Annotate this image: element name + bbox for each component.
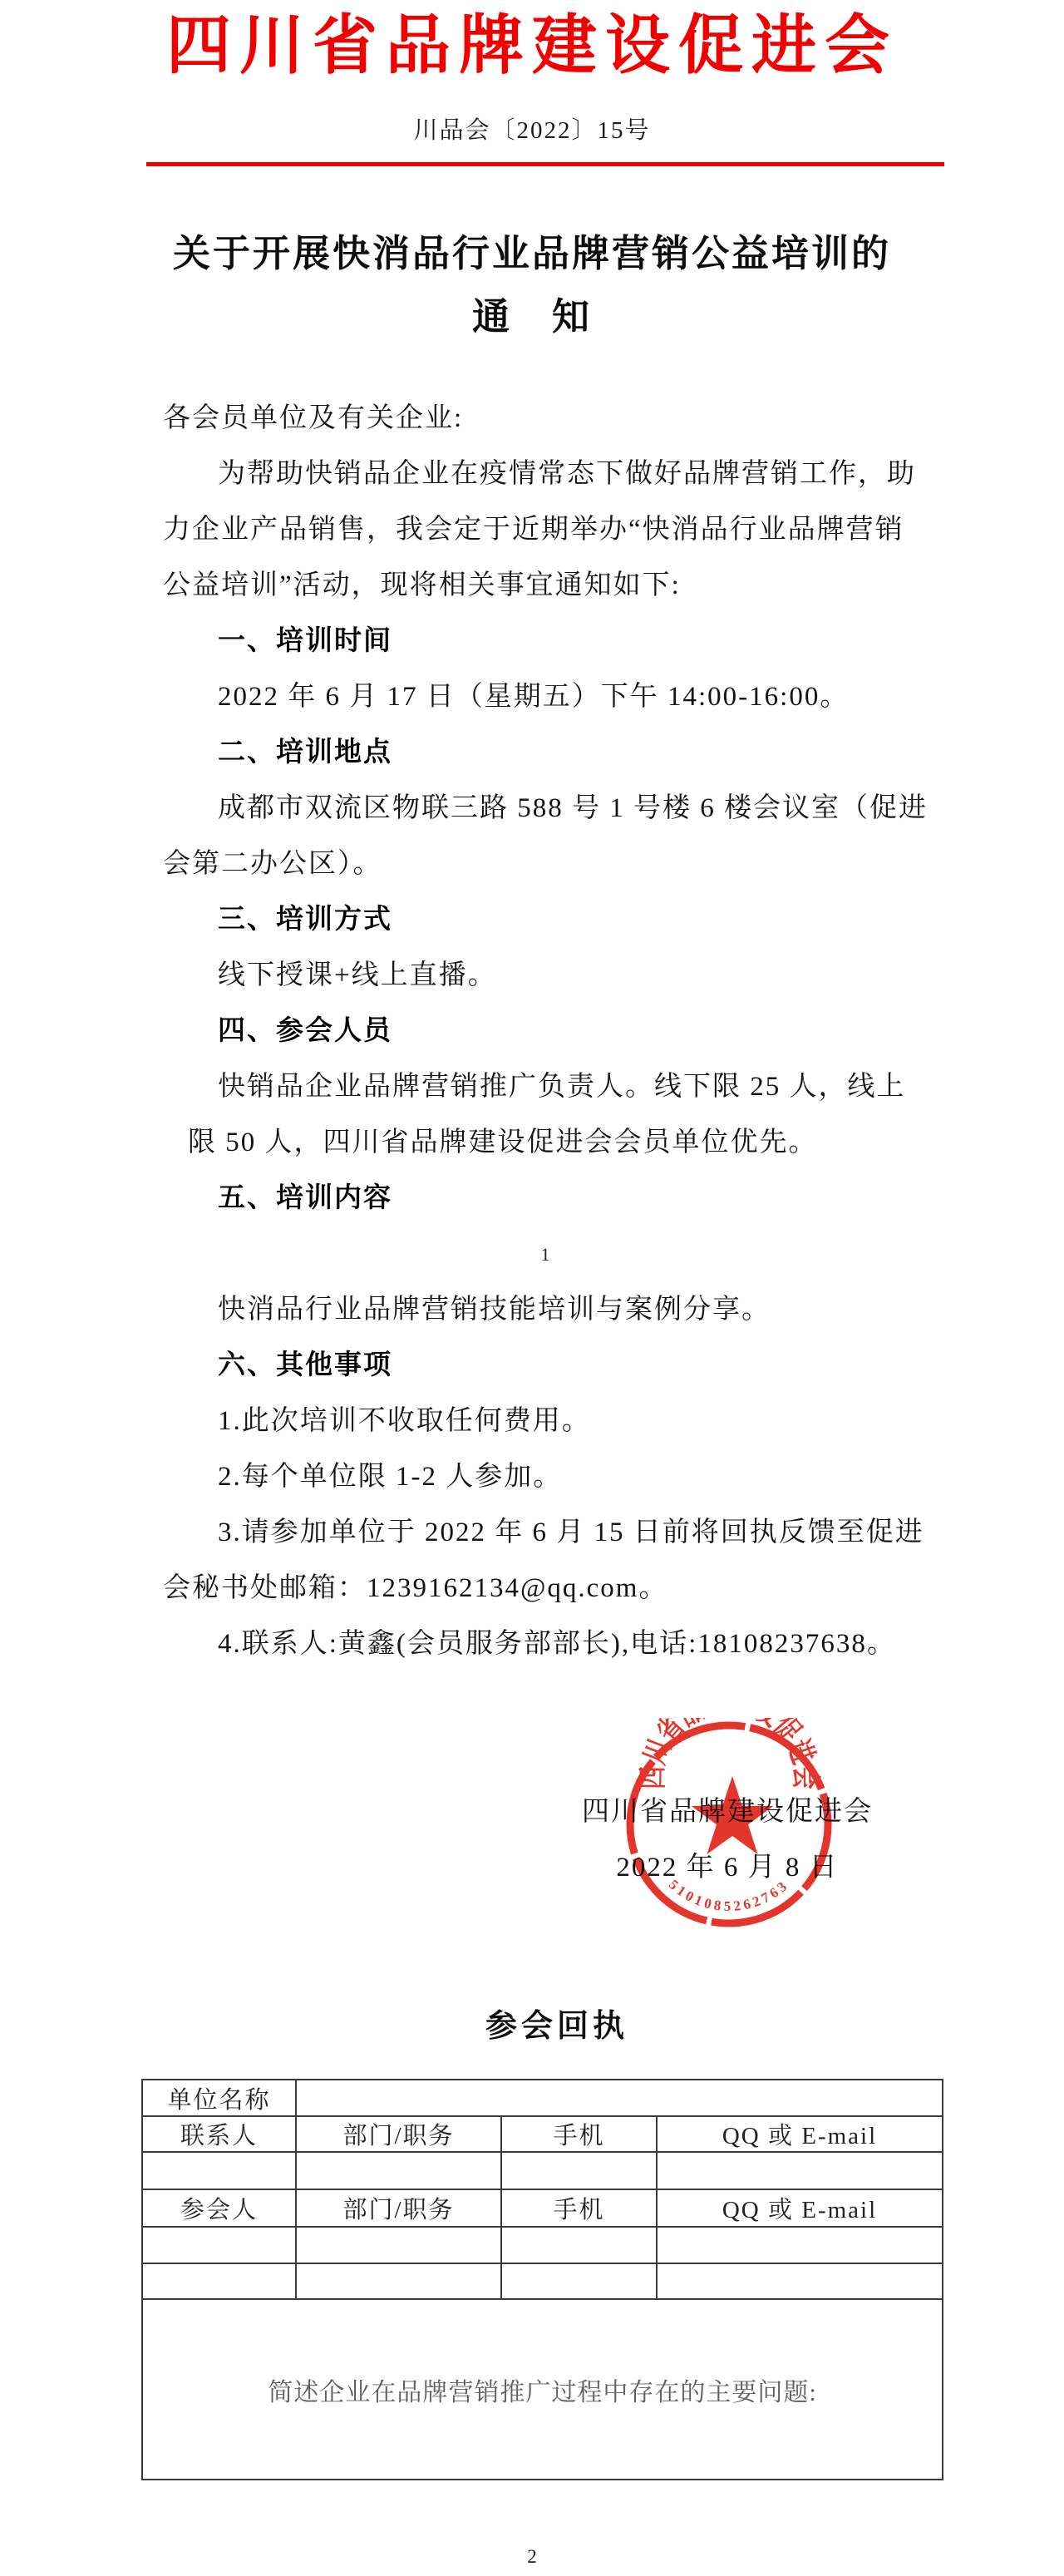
unit-name-blank-cell xyxy=(296,2080,943,2116)
page-number-1: 1 xyxy=(163,1226,928,1282)
salutation-line: 各会员单位及有关企业: xyxy=(163,391,928,447)
blank-cell xyxy=(501,2227,657,2263)
training-content-line: 快消品行业品牌营销技能培训与案例分享。 xyxy=(163,1282,928,1338)
blank-cell xyxy=(657,2152,943,2189)
attendee-qq-email-label: QQ 或 E-mail xyxy=(657,2189,943,2227)
notice-title-line1: 关于开展快消品行业品牌营销公益培训的 xyxy=(0,222,1064,285)
document-page: 四川省品牌建设促进会 川品会〔2022〕15号 关于开展快消品行业品牌营销公益培… xyxy=(0,0,1064,2576)
receipt-title: 参会回执 xyxy=(158,1999,956,2054)
training-place-line-1: 成都市双流区物联三路 588 号 1 号楼 6 楼会议室（促进 xyxy=(163,781,928,836)
seal-serial-number: 5101085262763 xyxy=(666,1877,792,1914)
other-item-1: 1.此次培训不收取任何费用。 xyxy=(163,1394,928,1449)
notice-body: 各会员单位及有关企业: 为帮助快销品企业在疫情常态下做好品牌营销工作，助 力企业… xyxy=(163,391,928,1672)
official-seal-stamp: 四川省品牌建设促进会 5101085262763 xyxy=(623,1718,835,1931)
blank-cell xyxy=(501,2152,657,2189)
contact-label: 联系人 xyxy=(142,2116,296,2152)
blank-cell xyxy=(142,2227,296,2263)
blank-cell xyxy=(296,2263,501,2299)
section-heading-participants: 四、参会人员 xyxy=(163,1004,928,1059)
table-row-contact-blank xyxy=(142,2152,943,2189)
section-heading-other: 六、其他事项 xyxy=(163,1338,928,1394)
notice-title-line2: 通 知 xyxy=(0,285,1064,348)
question-label: 简述企业在品牌营销推广过程中存在的主要问题: xyxy=(142,2299,943,2480)
blank-cell xyxy=(142,2263,296,2299)
attendee-label: 参会人 xyxy=(142,2189,296,2227)
blank-cell xyxy=(501,2263,657,2299)
table-row-contact-header: 联系人 部门/职务 手机 QQ 或 E-mail xyxy=(142,2116,943,2152)
notice-title: 关于开展快消品行业品牌营销公益培训的 通 知 xyxy=(0,222,1064,348)
table-row-unit: 单位名称 xyxy=(142,2080,943,2116)
table-row-attendee-header: 参会人 部门/职务 手机 QQ 或 E-mail xyxy=(142,2189,943,2227)
contact-dept-label: 部门/职务 xyxy=(296,2116,501,2152)
participants-line-2: 限 50 人，四川省品牌建设促进会会员单位优先。 xyxy=(163,1115,928,1171)
section-heading-place: 二、培训地点 xyxy=(163,725,928,781)
svg-text:5101085262763: 5101085262763 xyxy=(666,1877,792,1914)
other-item-3-line-1: 3.请参加单位于 2022 年 6 月 15 日前将回执反馈至促进 xyxy=(163,1505,928,1561)
blank-cell xyxy=(296,2152,501,2189)
section-heading-method: 三、培训方式 xyxy=(163,892,928,948)
intro-line-2: 力企业产品销售，我会定于近期举办“快消品行业品牌营销 xyxy=(163,502,928,558)
blank-cell xyxy=(296,2227,501,2263)
table-row-question: 简述企业在品牌营销推广过程中存在的主要问题: xyxy=(142,2299,943,2480)
other-item-2: 2.每个单位限 1-2 人参加。 xyxy=(163,1449,928,1505)
table-row-attendee-blank-2 xyxy=(142,2263,943,2299)
blank-cell xyxy=(657,2227,943,2263)
training-place-line-2: 会第二办公区）。 xyxy=(163,836,928,892)
intro-line-3: 公益培训”活动，现将相关事宜通知如下: xyxy=(163,558,928,614)
attendee-dept-label: 部门/职务 xyxy=(296,2189,501,2227)
unit-name-label: 单位名称 xyxy=(142,2080,296,2116)
contact-qq-email-label: QQ 或 E-mail xyxy=(657,2116,943,2152)
receipt-table: 单位名称 联系人 部门/职务 手机 QQ 或 E-mail 参会人 部门/职务 … xyxy=(141,2079,943,2480)
blank-cell xyxy=(657,2263,943,2299)
blank-cell xyxy=(142,2152,296,2189)
page-number-2: 2 xyxy=(0,2543,1064,2571)
seal-star-icon xyxy=(692,1776,774,1854)
table-row-attendee-blank-1 xyxy=(142,2227,943,2263)
doc-number: 川品会〔2022〕15号 xyxy=(0,112,1064,149)
other-item-3-line-2: 会秘书处邮箱：1239162134@qq.com。 xyxy=(163,1561,928,1616)
section-heading-content: 五、培训内容 xyxy=(163,1171,928,1226)
intro-line-1: 为帮助快销品企业在疫情常态下做好品牌营销工作，助 xyxy=(163,447,928,502)
masthead-divider-rule xyxy=(146,162,944,166)
training-method-line: 线下授课+线上直播。 xyxy=(163,948,928,1004)
contact-mobile-label: 手机 xyxy=(501,2116,657,2152)
attendee-mobile-label: 手机 xyxy=(501,2189,657,2227)
other-item-4: 4.联系人:黄鑫(会员服务部部长),电话:18108237638。 xyxy=(163,1616,928,1672)
masthead-org-name: 四川省品牌建设促进会 xyxy=(0,8,1064,83)
training-time-line: 2022 年 6 月 17 日（星期五）下午 14:00-16:00。 xyxy=(163,669,928,725)
section-heading-time: 一、培训时间 xyxy=(163,614,928,669)
participants-line-1: 快销品企业品牌营销推广负责人。线下限 25 人，线上 xyxy=(163,1059,928,1115)
